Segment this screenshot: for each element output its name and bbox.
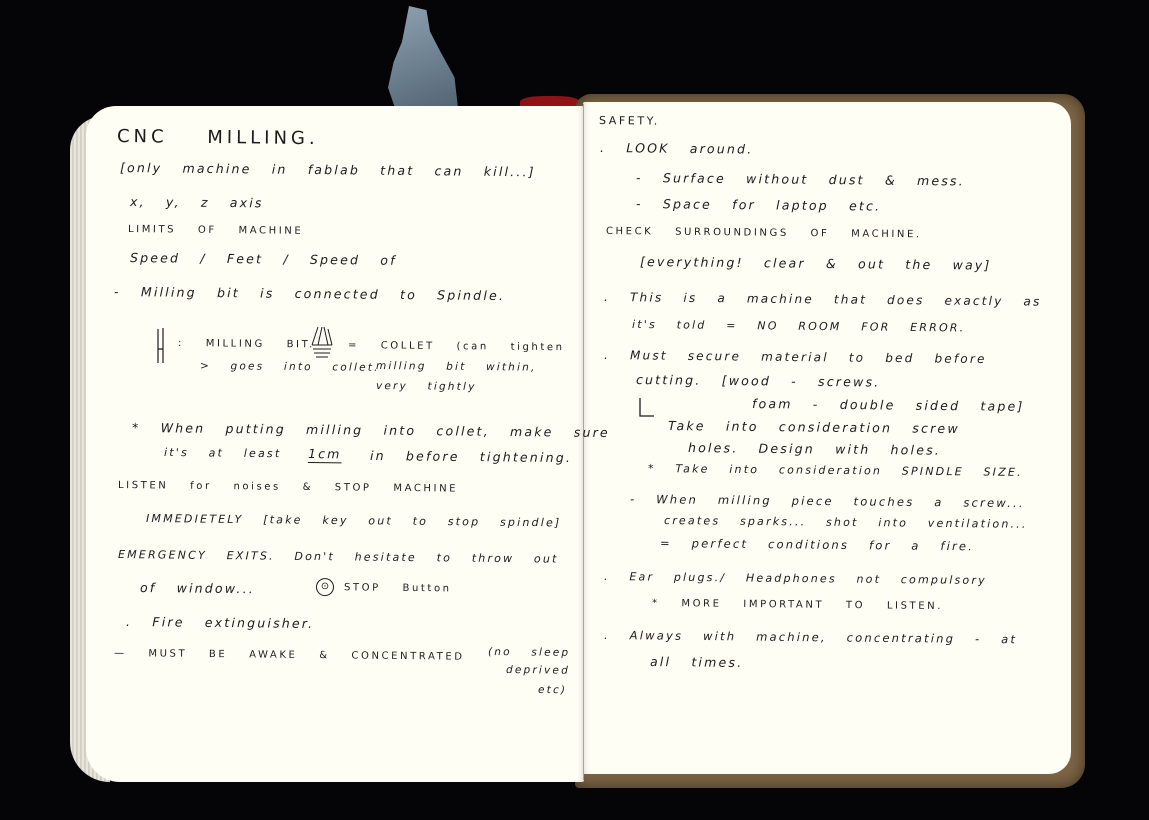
collet-sketch-icon <box>308 325 336 361</box>
note-line: > goes into collet. <box>200 360 380 374</box>
note-line: . LOOK around. <box>600 140 754 157</box>
note-line: all times. <box>650 654 743 670</box>
note-line: in before tightening. <box>370 448 572 465</box>
milling-bit-sketch-icon <box>156 327 168 365</box>
note-line: Speed / Feet / Speed of <box>130 250 397 268</box>
note-underlined: 1cm <box>308 446 342 461</box>
note-line: cutting. [wood - screws. <box>636 372 881 390</box>
note-line: it's at least <box>164 446 282 460</box>
note-line: LIMITS OF MACHINE <box>128 224 303 237</box>
note-line: foam - double sided tape] <box>752 396 1025 414</box>
note-line: - Space for laptop etc. <box>636 196 881 214</box>
note-line: very tightly <box>376 380 477 393</box>
right-page-title: SAFETY. <box>599 114 660 128</box>
note-line: . Fire extinguisher. <box>126 614 314 631</box>
note-line: deprived <box>506 664 570 677</box>
note-line: x, y, z axis <box>130 194 264 210</box>
stop-button-note: ⊙STOP Button <box>316 578 452 597</box>
stop-button-label: STOP Button <box>344 582 452 594</box>
note-line: : MILLING BIT. <box>178 338 315 350</box>
gutter <box>583 104 584 780</box>
note-line: milling bit within, <box>376 360 537 374</box>
ribbon-bookmark <box>388 6 458 108</box>
left-page-title: CNC MILLING. <box>117 126 319 149</box>
note-line: etc) <box>538 684 567 696</box>
note-line: holes. Design with holes. <box>688 440 941 458</box>
stop-button-icon: ⊙ <box>316 578 334 596</box>
note-line: = COLLET (can tighten <box>348 340 565 353</box>
bracket-mark-icon <box>636 396 656 418</box>
note-line: Take into consideration screw <box>668 418 960 436</box>
note-line: (no sleep <box>488 646 570 659</box>
note-line: of window... <box>140 580 255 596</box>
